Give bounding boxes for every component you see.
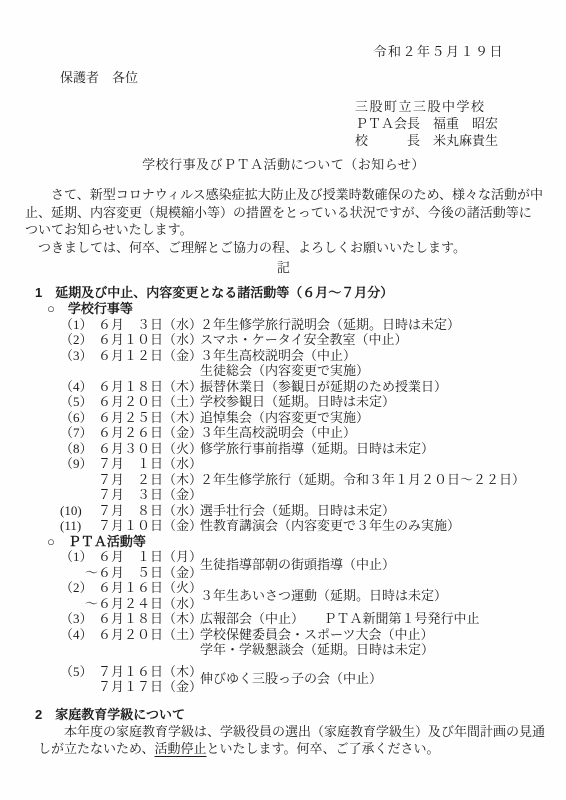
recipient: 保護者 各位 [60,70,542,86]
event-description: ３年生あいさつ運動（延期。日時は未定） [200,580,542,611]
sender-block: 三股町立三股中学校 ＰＴＡ会長 福重 昭宏 校 長 米丸麻貴生 [25,98,542,149]
section2-heading: 2 家庭教育学級について [35,707,542,723]
intro-line: ついてお知らせいたします。 [25,221,542,239]
event-description: 追悼集会（内容変更で実施） [200,410,542,426]
event-number: （3） [60,611,98,627]
event-dates: ７月 ８日（水） [98,503,200,519]
event-row: （2） ６月１６日（火）～６月２４日（水） ３年生あいさつ運動（延期。日時は未定… [60,580,542,611]
event-description: 広報部会（中止） ＰＴＡ新聞第１号発行中止 [200,611,542,627]
section2-body: 本年度の家庭教育学級は、学級役員の選出（家庭教育学級生）及び年間計画の見通 しが… [38,723,542,757]
event-row: （5） ７月１６日（木）７月１７日（金） 伸びゆく三股っ子の会（中止） [60,664,542,695]
intro-line: さて、新型コロナウィルス感染症拡大防止及び授業時数確保のため、様々な活動が中 [25,186,542,204]
event-number: （4） [60,379,98,395]
section2-line: しが立たないため、活動停止といたします。何卒、ご了承ください。 [38,740,542,757]
event-description: 伸びゆく三股っ子の会（中止） [200,664,542,695]
event-row: (10) ７月 ８日（水） 選手壮行会（延期。日時は未定） [60,503,542,519]
event-row: （1） ６月 １日（月）～６月 ５日（金） 生徒指導部朝の街頭指導（中止） [60,549,542,580]
event-row: （3） ６月１８日（木） 広報部会（中止） ＰＴＡ新聞第１号発行中止 [60,611,542,627]
event-dates: ６月３０日（火） [98,441,200,457]
event-dates: ６月１２日（金） [98,348,200,364]
event-row: （4） ６月２０日（土） 学校保健委員会・スポーツ大会（中止）学年・学級懇談会（… [60,627,542,658]
event-dates: ６月２０日（土） [98,627,200,643]
event-description: 性教育講演会（内容変更で３年生のみ実施） [200,518,542,534]
event-row: （8） ６月３０日（火） 修学旅行事前指導（延期。日時は未定） [60,441,542,457]
event-number: （8） [60,441,98,457]
event-description: 選手壮行会（延期。日時は未定） [200,503,542,519]
event-number: （1） [60,317,98,333]
event-number: (11) [60,518,98,534]
event-dates: ６月２５日（木） [98,410,200,426]
event-dates: ６月１０日（水） [98,332,200,348]
event-number: (10) [60,503,98,519]
section2-line2-post: といたします。何卒、ご了承ください。 [207,741,440,756]
event-dates: ６月１６日（火）～６月２４日（水） [98,580,200,611]
pta-activities-heading: ○ ＰＴＡ活動等 [47,534,542,550]
event-description: ２年生修学旅行説明会（延期。日時は未定） [200,317,542,333]
event-dates: ６月２０日（土） [98,394,200,410]
section2-line: 本年度の家庭教育学級は、学級役員の選出（家庭教育学級生）及び年間計画の見通 [38,723,542,740]
event-dates: ７月１０日（金） [98,518,200,534]
sender-principal: 校 長 米丸麻貴生 [355,132,498,149]
school-events-heading: ○ 学校行事等 [47,301,542,317]
event-description: スマホ・ケータイ安全教室（中止） [200,332,542,348]
event-row: (11) ７月１０日（金） 性教育講演会（内容変更で３年生のみ実施） [60,518,542,534]
event-description: ３年生高校説明会（中止）生徒総会（内容変更で実施） [200,348,542,379]
event-number: （5） [60,394,98,410]
section1-heading: 1 延期及び中止、内容変更となる諸活動等（６月～７月分） [35,285,542,301]
section2-line2-pre: しが立たないため、 [38,741,154,756]
document-title: 学校行事及びＰＴＡ活動について（お知らせ） [25,157,542,173]
event-row: （2） ６月１０日（水） スマホ・ケータイ安全教室（中止） [60,332,542,348]
event-number: （2） [60,332,98,348]
event-dates: ６月 １日（月）～６月 ５日（金） [98,549,200,580]
event-row: （4） ６月１８日（木） 振替休業日（参観日が延期のため授業日） [60,379,542,395]
sender-pta-chair: ＰＴＡ会長 福重 昭宏 [355,115,498,132]
event-description: 学校参観日（延期。日時は未定） [200,394,542,410]
event-description: 振替休業日（参観日が延期のため授業日） [200,379,542,395]
event-dates: ７月 １日（水）７月 ２日（木）７月 ３日（金） [98,456,200,503]
activity-suspension-underlined: 活動停止 [154,741,206,756]
event-row: （5） ６月２０日（土） 学校参観日（延期。日時は未定） [60,394,542,410]
event-description: 学校保健委員会・スポーツ大会（中止）学年・学級懇談会（延期。日時は未定） [200,627,542,658]
event-row: （3） ６月１２日（金） ３年生高校説明会（中止）生徒総会（内容変更で実施） [60,348,542,379]
event-number: （6） [60,410,98,426]
event-row: （7） ６月２６日（金） ３年生高校説明会（中止） [60,425,542,441]
event-number: （4） [60,627,98,643]
event-row: （6） ６月２５日（木） 追悼集会（内容変更で実施） [60,410,542,426]
event-dates: ７月１６日（木）７月１７日（金） [98,664,200,695]
event-number: （9） [60,456,98,503]
event-dates: ６月１８日（木） [98,379,200,395]
intro-line: 止、延期、内容変更（規模縮小等）の措置をとっている状況ですが、今後の諸活動等に [25,204,542,222]
date-line: 令和２年５月１９日 [25,44,542,60]
event-row: （1） ６月 ３日（水） ２年生修学旅行説明会（延期。日時は未定） [60,317,542,333]
event-description: 修学旅行事前指導（延期。日時は未定） [200,441,542,457]
event-number: （3） [60,348,98,364]
event-dates: ６月 ３日（水） [98,317,200,333]
event-description: ２年生修学旅行（延期。令和３年１月２０日～２２日） [200,456,542,503]
closing-line: つきましては、何卒、ご理解とご協力の程、よろしくお願いいたします。 [25,239,542,257]
event-description: ３年生高校説明会（中止） [200,425,542,441]
event-dates: ６月２６日（金） [98,425,200,441]
event-number: （5） [60,664,98,695]
record-marker: 記 [25,260,542,276]
event-dates: ６月１８日（木） [98,611,200,627]
notice-letter-page: 令和２年５月１９日 保護者 各位 三股町立三股中学校 ＰＴＡ会長 福重 昭宏 校… [0,0,566,800]
intro-paragraph: さて、新型コロナウィルス感染症拡大防止及び授業時数確保のため、様々な活動が中 止… [25,186,542,239]
event-row: （9） ７月 １日（水）７月 ２日（木）７月 ３日（金） ２年生修学旅行（延期。… [60,456,542,503]
sender-school: 三股町立三股中学校 [355,98,498,115]
event-number: （7） [60,425,98,441]
event-description: 生徒指導部朝の街頭指導（中止） [200,549,542,580]
